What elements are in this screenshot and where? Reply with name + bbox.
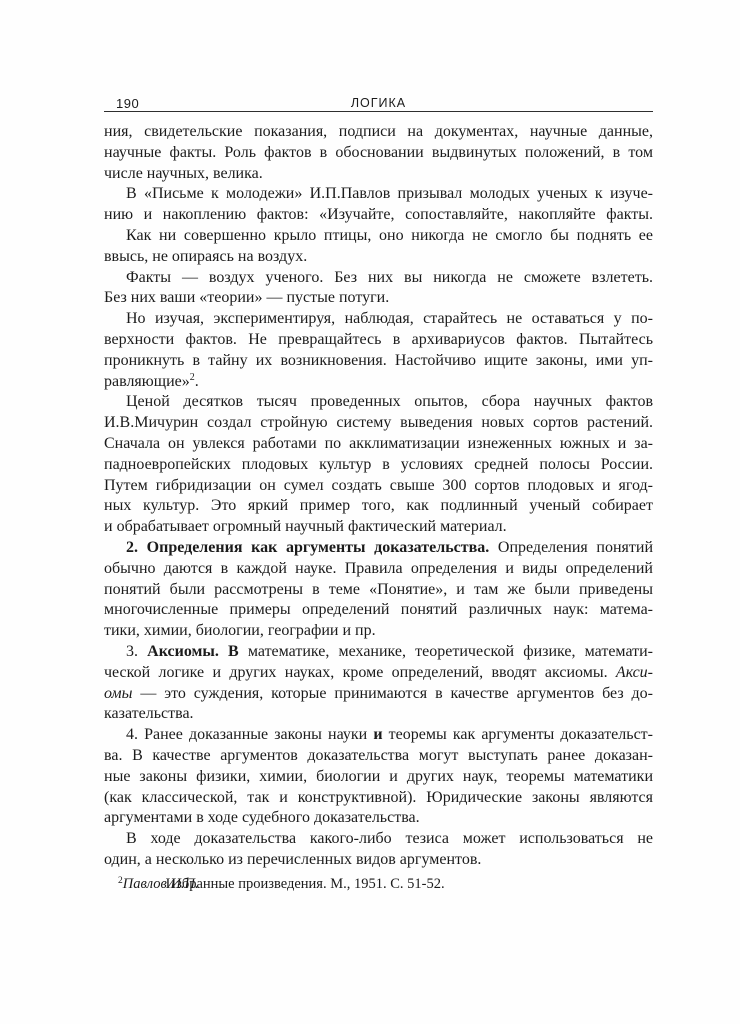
text-line: В «Письме к молодежи» И.П.Павлов призыва… [104,184,653,205]
text-segment: ния, свидетельские показания, подписи на… [104,123,653,140]
footnote: 2Павлов И.П.Избранные произведения. М., … [104,875,653,896]
text-line: Путем гибридизации он сумел создать свыш… [104,476,653,497]
text-line: казательства. [104,704,653,725]
text-line: научные факты. Роль фактов в обосновании… [104,143,653,164]
text-line: ческой логике и других науках, кроме опр… [104,663,653,684]
text-line: И.В.Мичурин создал стройную систему выве… [104,413,653,434]
text-segment: ных культур. Это яркий пример того, как … [104,497,653,514]
text-segment: Аксиомы. В [147,643,248,660]
text-segment: — это суждения, которые принимаются в ка… [132,685,653,702]
text-line: и обрабатывает огромный научный фактичес… [104,517,653,538]
running-header: 190 ЛОГИКА [104,94,653,112]
text-segment: научные факты. Роль фактов в обосновании… [104,144,653,161]
book-page: 190 ЛОГИКА ния, свидетельские показания,… [0,0,740,1024]
text-segment: В ходе доказательства какого-либо тезиса… [126,830,653,847]
text-segment: аргументами в ходе судебного доказательс… [104,809,420,826]
text-segment: (как классической, так и конструктивной)… [104,789,653,806]
text-segment: 4. Ранее доказанные законы науки [126,726,373,743]
text-segment: ва. В качестве аргументов доказательства… [104,747,653,764]
text-segment: казательства. [104,705,194,722]
text-segment: 3. [126,643,147,660]
text-line: ные законы физики, химии, биологии и дру… [104,767,653,788]
text-line: падноевропейских плодовых культур в усло… [104,455,653,476]
text-line: 2. Определения как аргументы доказательс… [104,538,653,559]
text-line: тики, химии, биологии, географии и пр. [104,621,653,642]
text-line: понятий были рассмотрены в теме «Понятие… [104,580,653,601]
text-segment: ные законы физики, химии, биологии и дру… [104,768,653,785]
text-line: верхности фактов. Не превращайтесь в арх… [104,330,653,351]
text-segment: и [373,726,382,743]
text-segment: . [195,373,199,390]
text-line: Ценой десятков тысяч проведенных опытов,… [104,392,653,413]
page-content: 190 ЛОГИКА ния, свидетельские показания,… [104,94,653,896]
text-segment: равляющие» [104,373,190,390]
running-title: ЛОГИКА [104,96,653,110]
footnote-marker: 2 [118,876,123,886]
text-line: Факты — воздух ученого. Без них вы никог… [104,268,653,289]
text-line: числе научных, велика. [104,164,653,185]
footnote-text: Избранные произведения. М., 1951. С. 51-… [166,876,445,892]
text-line: многочисленные примеры определений понят… [104,600,653,621]
text-line: ных культур. Это яркий пример того, как … [104,496,653,517]
text-line: В ходе доказательства какого-либо тезиса… [104,829,653,850]
text-segment: Акси- [616,664,653,681]
text-segment: Как ни совершенно крыло птицы, оно никог… [126,227,653,244]
text-segment: падноевропейских плодовых культур в усло… [104,456,653,473]
text-segment: ческой логике и других науках, кроме опр… [104,664,616,681]
text-segment: математике, механике, теоретической физи… [248,643,653,660]
text-segment: Без них ваши «теории» — пустые потуги. [104,289,389,306]
text-line: ввысь, не опираясь на воздух. [104,247,653,268]
text-segment: обычно даются в каждой науке. Правила оп… [104,560,653,577]
text-line: омы — это суждения, которые принимаются … [104,684,653,705]
text-segment: и обрабатывает огромный научный фактичес… [104,518,507,535]
text-segment: Определения понятий [498,539,653,556]
text-segment: многочисленные примеры определений понят… [104,601,653,618]
text-line: один, а несколько из перечисленных видов… [104,850,653,871]
text-segment: Факты — воздух ученого. Без них вы никог… [126,269,653,286]
text-segment: один, а несколько из перечисленных видов… [104,851,481,868]
text-line: Как ни совершенно крыло птицы, оно никог… [104,226,653,247]
footnote-author: Павлов [123,876,171,892]
text-line: аргументами в ходе судебного доказательс… [104,808,653,829]
text-segment: проникнуть в тайну их возникновения. Нас… [104,352,653,369]
text-segment: Путем гибридизации он сумел создать свыш… [104,477,653,494]
text-segment: Ценой десятков тысяч проведенных опытов,… [126,393,653,410]
text-segment: В «Письме к молодежи» И.П.Павлов призыва… [126,185,653,202]
text-segment: Сначала он увлекся работами по акклимати… [104,435,653,452]
text-segment: тики, химии, биологии, географии и пр. [104,622,376,639]
text-line: (как классической, так и конструктивной)… [104,788,653,809]
text-line: Сначала он увлекся работами по акклимати… [104,434,653,455]
text-segment: Но изучая, экспериментируя, наблюдая, ст… [126,310,653,327]
text-segment: 2. Определения как аргументы доказательс… [126,539,498,556]
text-segment: омы [104,685,132,702]
text-line: Без них ваши «теории» — пустые потуги. [104,288,653,309]
text-segment: нию и накоплению фактов: «Изучайте, сопо… [104,206,653,223]
text-line: нию и накоплению фактов: «Изучайте, сопо… [104,205,653,226]
text-segment: ввысь, не опираясь на воздух. [104,248,307,265]
text-segment: И.В.Мичурин создал стройную систему выве… [104,414,653,431]
text-line: 3. Аксиомы. В математике, механике, теор… [104,642,653,663]
text-line: обычно даются в каждой науке. Правила оп… [104,559,653,580]
text-line: ва. В качестве аргументов доказательства… [104,746,653,767]
text-line: проникнуть в тайну их возникновения. Нас… [104,351,653,372]
superscript-marker: 2 [190,372,195,383]
text-segment: числе научных, велика. [104,165,263,182]
text-line: Но изучая, экспериментируя, наблюдая, ст… [104,309,653,330]
text-segment: верхности фактов. Не превращайтесь в арх… [104,331,653,348]
text-segment: теоремы как аргументы доказательст- [383,726,653,743]
text-line: ния, свидетельские показания, подписи на… [104,122,653,143]
text-line: равляющие»2. [104,372,653,393]
text-segment: понятий были рассмотрены в теме «Понятие… [104,581,653,598]
text-line: 4. Ранее доказанные законы науки и теоре… [104,725,653,746]
page-body-text: ния, свидетельские показания, подписи на… [104,122,653,871]
